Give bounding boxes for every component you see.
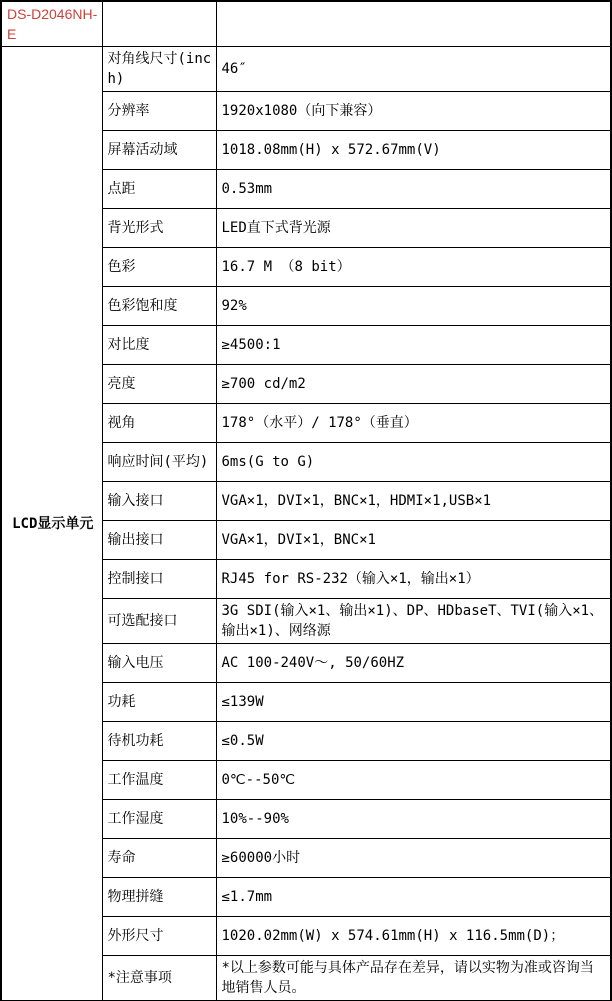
spec-label: 可选配接口 [102,599,216,644]
spec-value: ≤139W [216,683,611,722]
spec-label: 点距 [102,170,216,209]
spec-value: 10%--90% [216,800,611,839]
spec-label: 色彩 [102,248,216,287]
spec-value: RJ45 for RS-232（输入×1，输出×1） [216,560,611,599]
spec-label: 对比度 [102,326,216,365]
spec-value: ≤1.7mm [216,878,611,917]
spec-label: 屏幕活动域 [102,131,216,170]
spec-label: 分辨率 [102,92,216,131]
spec-label: 外形尺寸 [102,917,216,956]
spec-value: 178°（水平）/ 178°（垂直） [216,404,611,443]
spec-value: 0.53mm [216,170,611,209]
header-empty-cell-2 [216,1,611,47]
spec-label: 输出接口 [102,521,216,560]
spec-value: ≥700 cd/m2 [216,365,611,404]
spec-sheet-page: DS-D2046NH-E LCD显示单元对角线尺寸(inch)46″分辨率192… [0,0,612,1001]
spec-row: LCD显示单元对角线尺寸(inch)46″ [1,47,611,92]
spec-label: 对角线尺寸(inch) [102,47,216,92]
spec-label: 工作湿度 [102,800,216,839]
spec-label: 视角 [102,404,216,443]
spec-table: DS-D2046NH-E LCD显示单元对角线尺寸(inch)46″分辨率192… [0,0,612,1001]
section-label-cell: LCD显示单元 [1,47,102,1001]
spec-value: VGA×1，DVI×1，BNC×1 [216,521,611,560]
header-row: DS-D2046NH-E [1,1,611,47]
spec-value: ≥60000小时 [216,839,611,878]
spec-value: 3G SDI(输入×1、输出×1)、DP、HDbaseT、TVI(输入×1、输出… [216,599,611,644]
spec-value: 1020.02mm(W) x 574.61mm(H) x 116.5mm(D)； [216,917,611,956]
spec-label: 色彩饱和度 [102,287,216,326]
spec-value: ≥4500:1 [216,326,611,365]
model-number: DS-D2046NH-E [1,1,102,47]
spec-label: 控制接口 [102,560,216,599]
spec-label: 待机功耗 [102,722,216,761]
spec-value: 46″ [216,47,611,92]
spec-value: *以上参数可能与具体产品存在差异，请以实物为准或咨询当地销售人员。 [216,956,611,1001]
spec-label: 亮度 [102,365,216,404]
spec-label: 功耗 [102,683,216,722]
spec-value: 1920x1080（向下兼容） [216,92,611,131]
spec-label: 寿命 [102,839,216,878]
spec-label: 背光形式 [102,209,216,248]
spec-value: 0℃--50℃ [216,761,611,800]
spec-value: 6ms(G to G) [216,443,611,482]
spec-label: *注意事项 [102,956,216,1001]
spec-value: 16.7 M （8 bit） [216,248,611,287]
spec-value: 92% [216,287,611,326]
spec-rows-body: LCD显示单元对角线尺寸(inch)46″分辨率1920x1080（向下兼容）屏… [1,47,611,1001]
spec-value: VGA×1，DVI×1，BNC×1，HDMI×1,USB×1 [216,482,611,521]
spec-label: 物理拼缝 [102,878,216,917]
spec-value: LED直下式背光源 [216,209,611,248]
spec-value: 1018.08mm(H) x 572.67mm(V) [216,131,611,170]
spec-value: AC 100-240V～, 50/60HZ [216,644,611,683]
spec-label: 工作温度 [102,761,216,800]
spec-label: 输入接口 [102,482,216,521]
spec-label: 响应时间(平均) [102,443,216,482]
header-empty-cell-1 [102,1,216,47]
spec-value: ≤0.5W [216,722,611,761]
spec-label: 输入电压 [102,644,216,683]
